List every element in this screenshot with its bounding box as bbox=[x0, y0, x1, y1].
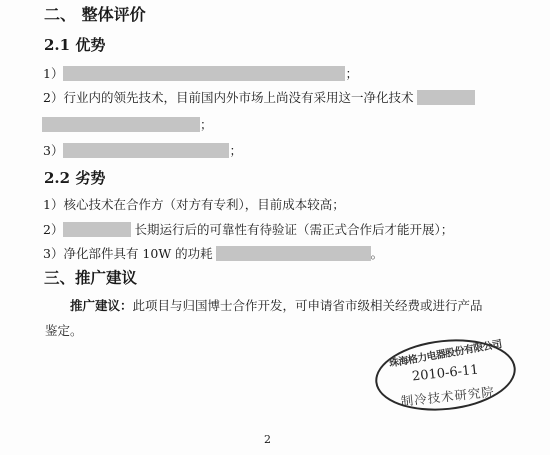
official-seal: 珠海格力电器股份有限公司 2010-6-11 制冷技术研究院 bbox=[372, 333, 520, 417]
disadvantage-item-2: 2）长期运行后的可靠性有待验证（需正式合作后才能开展）； bbox=[43, 222, 453, 238]
section-2-title: 二、 整体评价 bbox=[44, 5, 146, 25]
advantage-item-2-continuation: ； bbox=[42, 117, 213, 133]
redaction-box bbox=[42, 117, 200, 132]
redaction-box bbox=[63, 66, 345, 81]
disadvantage-item-1: 1）核心技术在合作方（对方有专利），目前成本较高； bbox=[43, 197, 345, 213]
redaction-box bbox=[216, 246, 371, 261]
advantage-item-2: 2）行业内的领先技术，目前国内外市场上尚没有采用这一净化技术 bbox=[43, 90, 475, 106]
recommendation-paragraph: 推广建议：此项目与归国博士合作开发，可申请省市级相关经费或进行产品 bbox=[70, 298, 483, 314]
advantages-heading: 2.1 优势 bbox=[44, 35, 105, 55]
recommendation-label: 推广建议： bbox=[70, 298, 133, 313]
disadvantages-heading: 2.2 劣势 bbox=[44, 168, 105, 188]
advantage-item-3: 3）； bbox=[43, 143, 242, 159]
redaction-box bbox=[417, 90, 475, 105]
advantage-item-1: 1）； bbox=[43, 66, 358, 82]
page-number: 2 bbox=[264, 433, 271, 446]
recommendation-continuation: 鉴定。 bbox=[45, 323, 83, 339]
section-3-title: 三、推广建议 bbox=[44, 268, 137, 288]
redaction-box bbox=[63, 222, 131, 237]
disadvantage-item-3: 3）净化部件具有 10W 的功耗。 bbox=[43, 246, 383, 262]
redaction-box bbox=[63, 143, 229, 158]
